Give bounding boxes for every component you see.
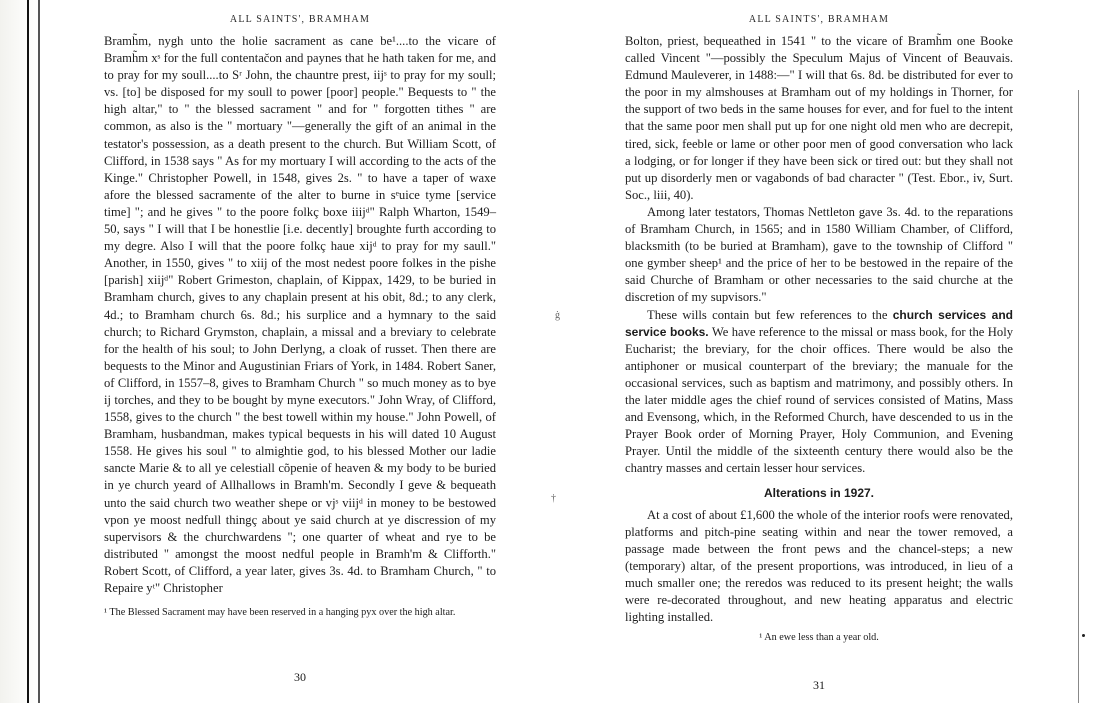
- section-heading: Alterations in 1927.: [625, 485, 1013, 502]
- paragraph: At a cost of about £1,600 the whole of t…: [625, 507, 1013, 627]
- running-head: ALL SAINTS', BRAMHAM: [625, 14, 1013, 25]
- paragraph: These wills contain but few references t…: [625, 307, 1013, 478]
- page-number: 31: [625, 678, 1013, 693]
- binding-edge-line: [27, 0, 29, 703]
- scan-edge-shadow: [0, 0, 40, 703]
- running-head: ALL SAINTS', BRAMHAM: [104, 14, 496, 25]
- footnote: ¹ The Blessed Sacrament may have been re…: [104, 607, 496, 619]
- page-edge-line: [1078, 90, 1079, 703]
- gutter-mark: †: [551, 493, 556, 504]
- binding-edge-line: [38, 0, 40, 703]
- paragraph-text: We have reference to the missal or mass …: [625, 325, 1013, 476]
- footnote: ¹ An ewe less than a year old.: [625, 632, 1013, 644]
- page-body: Bramh̃m, nygh unto the holie sacrament a…: [104, 33, 496, 597]
- paragraph: Bramh̃m, nygh unto the holie sacrament a…: [104, 33, 496, 597]
- paragraph-text: These wills contain but few references t…: [647, 308, 893, 322]
- paragraph: Among later testators, Thomas Nettleton …: [625, 204, 1013, 307]
- page-number: 30: [104, 670, 496, 685]
- right-page: ALL SAINTS', BRAMHAM Bolton, priest, beq…: [625, 0, 1013, 644]
- scan-speck: [1082, 634, 1085, 637]
- paragraph: Bolton, priest, bequeathed in 1541 " to …: [625, 33, 1013, 204]
- gutter-mark: ġ: [555, 310, 560, 321]
- page-body: Bolton, priest, bequeathed in 1541 " to …: [625, 33, 1013, 626]
- left-page: ALL SAINTS', BRAMHAM Bramh̃m, nygh unto …: [104, 0, 496, 619]
